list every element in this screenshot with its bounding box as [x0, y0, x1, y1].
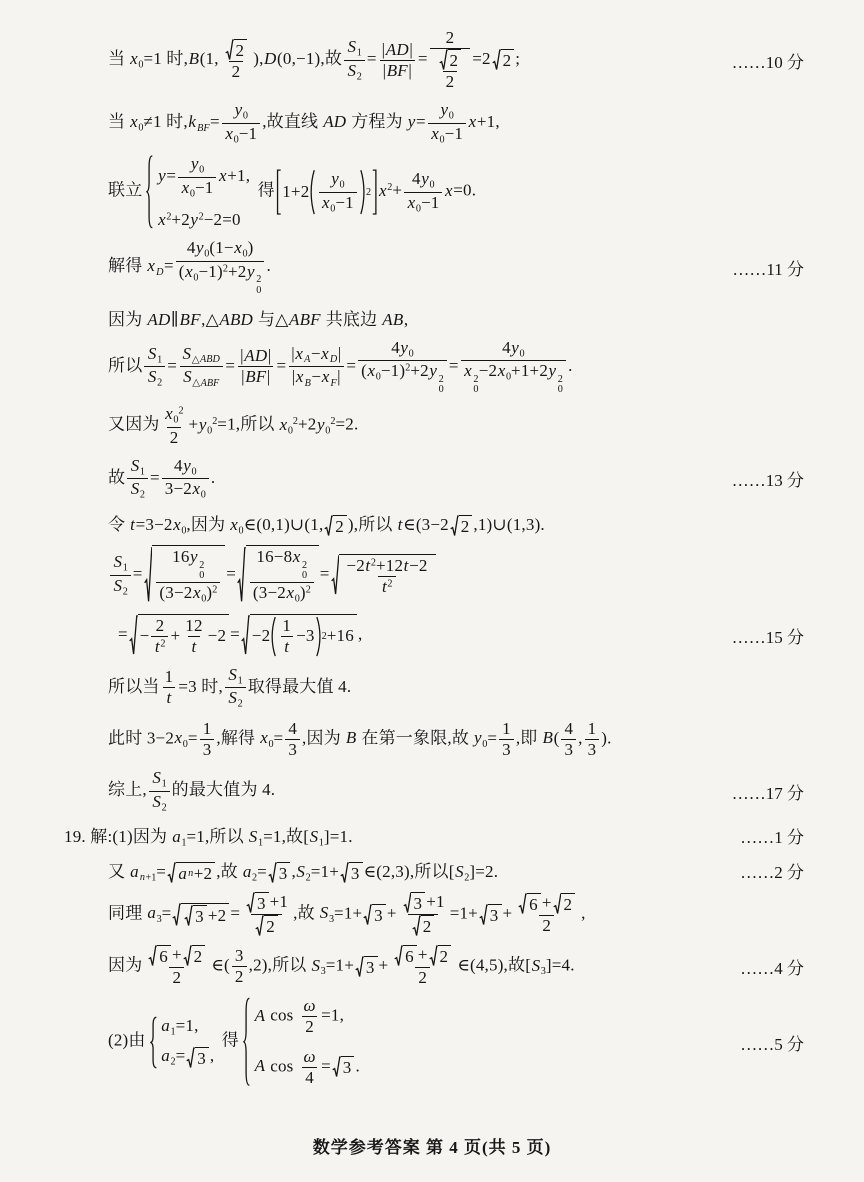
- radical-glyph: [186, 1047, 195, 1069]
- fraction: 12t: [182, 616, 205, 657]
- fraction: S1S2: [225, 665, 246, 711]
- square-root: 16y20(3−2x0)2: [144, 545, 226, 606]
- answer-line: (2)由a1=1,a2=3, 得A cos ω2=1,A cos ω4=3.………: [108, 996, 804, 1088]
- answer-line: 因为 AD∥BF,△ABD 与△ABF 共底边 AB,: [108, 305, 804, 330]
- answer-line: 当 x0≠1 时,kBF=y0x0−1,故直线 AD 方程为 y=y0x0−1x…: [108, 100, 804, 146]
- fraction: 3+12: [242, 892, 291, 937]
- radical-glyph: [324, 515, 333, 537]
- fraction: ω2: [300, 996, 319, 1037]
- sub-sup-stack: 20: [302, 561, 307, 582]
- radical-glyph: [184, 905, 193, 927]
- subscript: 0: [199, 165, 204, 176]
- subscript: 2: [464, 872, 469, 883]
- radical-glyph: [394, 945, 403, 967]
- fraction: 43: [285, 719, 300, 760]
- fraction: 4y0(x0−1)2+2y20: [358, 338, 447, 397]
- radical-glyph: [492, 49, 501, 71]
- radical-glyph: [340, 862, 349, 884]
- superscript: 2: [293, 416, 298, 427]
- answer-line: =−2t2+12t−2=−21t−32+16,……15 分: [118, 614, 804, 657]
- answer-line: 19. 解:(1)因为 a1=1,所以 S1=1,故[S1]=1.……1 分: [64, 822, 804, 849]
- math-formula: 所以当1t=3 时,S1S2取得最大值 4.: [108, 665, 351, 711]
- score-marker: ……5 分: [740, 1030, 804, 1055]
- fraction: 4y0x20−2x0+1+2y20: [461, 338, 566, 397]
- radical-glyph: [148, 945, 157, 967]
- fraction: S1S2: [344, 37, 365, 83]
- square-root: 3: [340, 862, 363, 884]
- superscript: 2: [199, 211, 204, 222]
- square-root: 3: [403, 892, 426, 914]
- square-root: 3+2: [172, 903, 229, 927]
- square-root: 3: [184, 905, 207, 927]
- brace-glyph: [149, 1016, 157, 1069]
- answer-line: S1S2=16y20(3−2x0)2=16−8x20(3−2x0)2=−2t2+…: [108, 545, 804, 606]
- superscript: 2: [330, 416, 335, 427]
- square-root: −2t2+12t−2t2: [331, 554, 436, 597]
- fraction: |AD||BF|: [379, 40, 416, 81]
- answer-line: 同理 a3=3+2=3+12,故 S3=1+3+3+12=1+3+6+22,: [108, 892, 804, 937]
- radical-glyph: [241, 614, 250, 657]
- square-root: 2: [324, 515, 347, 537]
- subscript: 0: [190, 189, 195, 200]
- fraction: y0x0−1: [178, 154, 216, 200]
- math-formula: 联立y=y0x0−1x+1,x2+2y2−2=0 得1+2y0x0−12x2+4…: [108, 154, 476, 230]
- subscript: 0: [191, 466, 196, 477]
- subscript: 1: [170, 1026, 175, 1037]
- superscript: 2: [371, 557, 376, 568]
- subscript: 0: [482, 739, 487, 750]
- subscript: 0: [238, 526, 243, 537]
- equation-system: y=y0x0−1x+1,x2+2y2−2=0: [145, 154, 250, 230]
- superscript: 2: [212, 584, 217, 595]
- answer-line: 此时 3−2x0=13,解得 x0=43,因为 B 在第一象限,故 y0=13,…: [108, 719, 804, 760]
- math-formula: 故S1S2=4y03−2x0.: [108, 456, 215, 502]
- radical-glyph: [183, 945, 192, 967]
- math-formula: 当 x0≠1 时,kBF=y0x0−1,故直线 AD 方程为 y=y0x0−1x…: [108, 100, 500, 146]
- square-root: 16−8x20(3−2x0)2: [237, 545, 319, 606]
- sub-sup-stack: 20: [558, 375, 563, 396]
- score-marker: ……15 分: [732, 623, 804, 648]
- sub-sup-stack: 20: [256, 275, 261, 296]
- fraction: 16y20(3−2x0)2: [156, 547, 220, 606]
- answer-line: 综上,S1S2的最大值为 4.……17 分: [108, 768, 804, 814]
- math-formula: 所以S1S2=S△ABDS△ABF=|AD||BF|=|xA−xD||xB−xF…: [108, 338, 573, 397]
- equation-system: a1=1,a2=3,: [149, 1016, 215, 1069]
- fraction: S1S2: [149, 768, 170, 814]
- radical-glyph: [429, 945, 438, 967]
- fraction: ω4: [300, 1047, 319, 1088]
- subscript: 0: [181, 526, 186, 537]
- equation-system: A cos ω2=1,A cos ω4=3.: [242, 996, 360, 1088]
- brace-glyph: [242, 996, 250, 1088]
- paren-glyph: [316, 616, 321, 657]
- subscript: △ABD: [192, 354, 221, 365]
- answer-lines: 当 x0=1 时,B(1,22),D(0,−1),故S1S2=|AD||BF|=…: [108, 20, 804, 1096]
- fraction: 1t: [279, 616, 294, 657]
- square-root: 3: [479, 904, 502, 926]
- superscript: 2: [322, 631, 327, 642]
- answer-sheet-page: 当 x0=1 时,B(1,22),D(0,−1),故S1S2=|AD||BF|=…: [0, 0, 864, 1182]
- fraction: 13: [200, 719, 215, 760]
- fraction: 43: [561, 719, 576, 760]
- fraction: x022: [162, 404, 187, 448]
- subscript: 2: [357, 71, 362, 82]
- fraction: S1S2: [110, 552, 131, 598]
- subscript: 0: [440, 134, 445, 145]
- subscript: F: [330, 378, 337, 389]
- subscript: 1: [140, 466, 145, 477]
- square-root: 2: [429, 945, 452, 967]
- fraction: 222: [430, 28, 471, 92]
- fraction: 4y03−2x0: [162, 456, 209, 502]
- square-root: 3: [363, 904, 386, 926]
- bracket-glyph: [372, 169, 377, 215]
- fraction: S1S2: [144, 344, 165, 390]
- math-formula: 当 x0=1 时,B(1,22),D(0,−1),故S1S2=|AD||BF|=…: [108, 28, 520, 92]
- answer-line: 又因为x022+y02=1,所以 x02+2y02=2.: [108, 404, 804, 448]
- square-root: 2: [553, 893, 576, 915]
- superscript: 2: [306, 584, 311, 595]
- subscript: 2: [157, 378, 162, 389]
- radical-glyph: [439, 49, 448, 71]
- sub-sup-stack: 20: [199, 561, 204, 582]
- superscript: 2: [387, 182, 392, 193]
- subscript: n: [188, 868, 194, 879]
- radical-glyph: [172, 903, 181, 927]
- score-marker: ……11 分: [732, 255, 804, 280]
- subscript: 0: [243, 111, 248, 122]
- fraction: 13: [585, 719, 600, 760]
- math-formula: 解得 xD=4y0(1−x0)(x0−1)2+2y20.: [108, 238, 271, 297]
- radical-glyph: [450, 515, 459, 537]
- system-row: a2=3,: [161, 1046, 215, 1068]
- subscript: 0: [330, 203, 335, 214]
- subscript: 0: [429, 180, 434, 191]
- radical-glyph: [225, 39, 234, 61]
- superscript: 2: [387, 578, 392, 589]
- math-formula: 同理 a3=3+2=3+12,故 S3=1+3+3+12=1+3+6+22,: [108, 892, 586, 937]
- footer-text: 数学参考答案 第 4 页(共 5 页): [313, 1138, 552, 1157]
- math-formula: 因为6+22∈(32,2),所以 S3=1+3+6+22∈(4,5),故[S3]…: [108, 945, 575, 988]
- fraction: 6+22: [514, 893, 579, 936]
- subscript: 2: [140, 490, 145, 501]
- subscript: △ABF: [192, 378, 220, 389]
- subscript: 0: [268, 739, 273, 750]
- subscript: 0: [340, 180, 345, 191]
- square-root: 2: [492, 49, 515, 71]
- superscript: 2: [160, 638, 165, 649]
- subscript: A: [304, 354, 311, 365]
- subscript: 2: [170, 1057, 175, 1068]
- math-formula: 又 an+1=an+2,故 a2=3,S2=1+3∈(2,3),所以[S2]=2…: [108, 857, 498, 884]
- subscript: 0: [449, 111, 454, 122]
- subscript: B: [304, 378, 311, 389]
- subscript: n+1: [139, 872, 156, 883]
- subscript: 1: [357, 48, 362, 59]
- square-root: 2: [412, 915, 435, 937]
- fraction: 6+22: [390, 945, 455, 988]
- fraction: 1t: [162, 667, 177, 708]
- subscript: 0: [234, 134, 239, 145]
- fraction: |xA−xD||xB−xF|: [288, 344, 344, 390]
- subscript: 1: [319, 838, 324, 849]
- square-root: 2: [183, 945, 206, 967]
- stretchy-parens: y0x0−1: [310, 169, 365, 215]
- subscript: 1: [258, 838, 263, 849]
- fraction: −2t2+12t−2t2: [343, 556, 430, 597]
- score-marker: ……13 分: [732, 466, 804, 491]
- square-root: 2: [255, 915, 278, 937]
- subscript: 0: [416, 203, 421, 214]
- math-formula: (2)由a1=1,a2=3, 得A cos ω2=1,A cos ω4=3.: [108, 996, 363, 1088]
- radical-glyph: [237, 545, 246, 606]
- answer-line: 因为6+22∈(32,2),所以 S3=1+3+6+22∈(4,5),故[S3]…: [108, 945, 804, 988]
- subscript: 1: [162, 779, 167, 790]
- square-root: 3: [355, 956, 378, 978]
- score-marker: ……2 分: [740, 858, 804, 883]
- subscript: 0: [183, 739, 188, 750]
- subscript: 0: [204, 248, 209, 259]
- fraction: y0x0−1: [222, 100, 260, 146]
- fraction: S1S2: [127, 456, 148, 502]
- math-formula: S1S2=16y20(3−2x0)2=16−8x20(3−2x0)2=−2t2+…: [108, 545, 437, 606]
- square-root: 6: [518, 893, 541, 915]
- square-root: 6: [394, 945, 417, 967]
- radical-glyph: [331, 554, 340, 597]
- system-row: y=y0x0−1x+1,: [158, 154, 251, 200]
- subscript: 0: [506, 372, 511, 383]
- sub-sup-stack: 20: [473, 375, 478, 396]
- subscript: 0: [376, 372, 381, 383]
- system-row: x2+2y2−2=0: [158, 210, 251, 230]
- superscript: 2: [212, 416, 217, 427]
- subscript: 2: [238, 699, 243, 710]
- square-root: 2: [450, 515, 473, 537]
- fraction: 13: [499, 719, 514, 760]
- subscript: 3: [157, 914, 162, 925]
- math-formula: =−2t2+12t−2=−21t−32+16,: [118, 614, 362, 657]
- subscript: 1: [123, 563, 128, 574]
- subscript: 0: [193, 272, 198, 283]
- subscript: 3: [329, 914, 334, 925]
- radical-glyph: [144, 545, 153, 606]
- subscript: 0: [242, 248, 247, 259]
- subscript: 0: [201, 594, 206, 605]
- score-marker: ……10 分: [732, 48, 804, 73]
- radical-glyph: [167, 862, 176, 884]
- answer-line: 所以当1t=3 时,S1S2取得最大值 4.: [108, 665, 804, 711]
- subscript: D: [329, 354, 337, 365]
- answer-line: 联立y=y0x0−1x+1,x2+2y2−2=0 得1+2y0x0−12x2+4…: [108, 154, 804, 230]
- fraction: S△ABDS△ABF: [179, 344, 223, 390]
- math-formula: 19. 解:(1)因为 a1=1,所以 S1=1,故[S1]=1.: [64, 822, 353, 849]
- superscript: 2: [178, 406, 183, 417]
- radical-glyph: [403, 892, 412, 914]
- stretchy-parens: 1t−3: [271, 616, 320, 657]
- subscript: 0: [409, 348, 414, 359]
- square-root: 3: [186, 1047, 209, 1069]
- fraction: 2t2: [151, 616, 168, 657]
- subscript: 2: [306, 872, 311, 883]
- radical-glyph: [553, 893, 562, 915]
- answer-line: 所以S1S2=S△ABDS△ABF=|AD||BF|=|xA−xD||xB−xF…: [108, 338, 804, 397]
- radical-glyph: [129, 614, 138, 657]
- superscript: 2: [166, 211, 171, 222]
- system-row: A cos ω4=3.: [254, 1047, 360, 1088]
- score-marker: ……1 分: [740, 823, 804, 848]
- fraction: |AD||BF|: [237, 346, 274, 387]
- radical-glyph: [412, 915, 421, 937]
- subscript: 0: [520, 348, 525, 359]
- answer-line: 解得 xD=4y0(1−x0)(x0−1)2+2y20.……11 分: [108, 238, 804, 297]
- radical-glyph: [363, 904, 372, 926]
- square-root: 3: [332, 1056, 355, 1078]
- superscript: 2: [366, 187, 371, 198]
- subscript: 1: [181, 838, 186, 849]
- subscript: 0: [201, 490, 206, 501]
- subscript: 2: [123, 586, 128, 597]
- square-root: −21t−32+16: [241, 614, 357, 657]
- answer-line: 当 x0=1 时,B(1,22),D(0,−1),故S1S2=|AD||BF|=…: [108, 28, 804, 92]
- square-root: 2: [439, 49, 462, 71]
- subscript: 3: [541, 966, 546, 977]
- subscript: 2: [252, 872, 257, 883]
- square-root: 3: [268, 862, 291, 884]
- sub-sup-stack: 20: [439, 375, 444, 396]
- math-formula: 此时 3−2x0=13,解得 x0=43,因为 B 在第一象限,故 y0=13,…: [108, 719, 612, 760]
- subscript: BF: [197, 123, 210, 134]
- superscript: 2: [405, 363, 410, 374]
- fraction: 6+22: [144, 945, 209, 988]
- square-root: 3: [246, 892, 269, 914]
- radical-glyph: [355, 956, 364, 978]
- square-root: 6: [148, 945, 171, 967]
- score-marker: ……4 分: [740, 954, 804, 979]
- radical-glyph: [479, 904, 488, 926]
- score-marker: ……17 分: [732, 779, 804, 804]
- subscript: 0: [295, 594, 300, 605]
- math-formula: 因为 AD∥BF,△ABD 与△ABF 共底边 AB,: [108, 305, 408, 330]
- math-formula: 综上,S1S2的最大值为 4.: [108, 768, 275, 814]
- fraction: 4y0x0−1: [404, 169, 442, 215]
- fraction: 3+12: [399, 892, 448, 937]
- fraction: 4y0(1−x0)(x0−1)2+2y20: [176, 238, 265, 297]
- subscript: 0: [138, 123, 143, 134]
- fraction: 22: [435, 49, 466, 92]
- paren-glyph: [360, 169, 365, 215]
- subscript: 3: [321, 966, 326, 977]
- radical-glyph: [518, 893, 527, 915]
- subscript: 1: [238, 675, 243, 686]
- radical-glyph: [332, 1056, 341, 1078]
- brace-glyph: [145, 154, 153, 230]
- page-footer: 数学参考答案 第 4 页(共 5 页): [0, 1133, 864, 1158]
- fraction: y0x0−1: [428, 100, 466, 146]
- answer-line: 令 t=3−2x0,因为 x0∈(0,1)∪(1,2),所以 t∈(3−22,1…: [108, 510, 804, 537]
- system-row: a1=1,: [161, 1016, 215, 1038]
- stretchy-brackets: 1+2y0x0−12: [276, 169, 378, 215]
- superscript: 2: [223, 263, 228, 274]
- answer-line: 故S1S2=4y03−2x0.……13 分: [108, 456, 804, 502]
- subscript: 1: [157, 354, 162, 365]
- system-row: A cos ω2=1,: [254, 996, 360, 1037]
- radical-glyph: [255, 915, 264, 937]
- subscript: D: [156, 267, 164, 278]
- square-root: an+2: [167, 862, 215, 884]
- square-root: 2: [225, 39, 248, 61]
- math-formula: 又因为x022+y02=1,所以 x02+2y02=2.: [108, 404, 358, 448]
- radical-glyph: [268, 862, 277, 884]
- fraction: 16−8x20(3−2x0)2: [250, 547, 314, 606]
- subscript: 0: [138, 60, 143, 71]
- answer-line: 又 an+1=an+2,故 a2=3,S2=1+3∈(2,3),所以[S2]=2…: [108, 857, 804, 884]
- fraction: 32: [232, 946, 247, 987]
- fraction: y0x0−1: [319, 169, 357, 215]
- subscript: 2: [162, 802, 167, 813]
- radical-glyph: [246, 892, 255, 914]
- fraction: 22: [221, 39, 252, 82]
- square-root: −2t2+12t−2: [129, 614, 229, 657]
- math-formula: 令 t=3−2x0,因为 x0∈(0,1)∪(1,2),所以 t∈(3−22,1…: [108, 510, 545, 537]
